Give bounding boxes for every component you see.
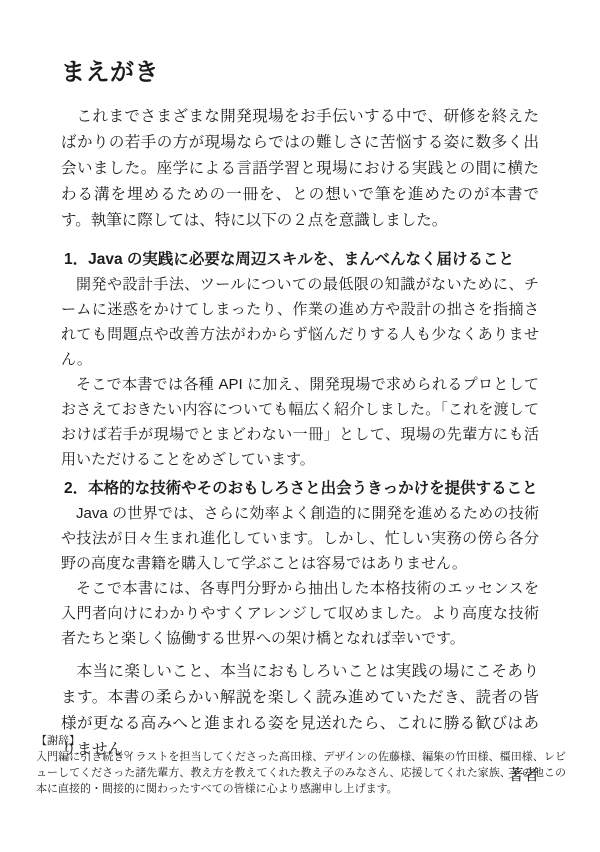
section-1-heading: 1．Java の実践に必要な周辺スキルを、まんべんなく届けること [61, 247, 539, 272]
acknowledgement-label: 【謝辞】 [36, 733, 566, 749]
acknowledgement-body: 入門編に引き続きイラストを担当してくださった高田様、デザインの佐藤様、編集の竹田… [36, 749, 566, 797]
preface-page: まえがき これまでさまざまな開発現場をお手伝いする中で、研修を終えたばかりの若手… [0, 0, 600, 852]
section-1-paragraph-2: そこで本書では各種 API に加え、開発現場で求められるプロとしておさえておきた… [61, 372, 539, 472]
page-title: まえがき [61, 58, 539, 87]
section-2-paragraph-1: Java の世界では、さらに効率よく創造的に開発を進めるための技術や技法が日々生… [61, 501, 539, 576]
acknowledgement-footnote: 【謝辞】 入門編に引き続きイラストを担当してくださった高田様、デザインの佐藤様、… [36, 733, 566, 797]
intro-paragraph: これまでさまざまな開発現場をお手伝いする中で、研修を終えたばかりの若手の方が現場… [61, 104, 539, 234]
section-1-paragraph-1: 開発や設計手法、ツールについての最低限の知識がないために、チームに迷惑をかけてし… [61, 272, 539, 372]
section-2-paragraph-2: そこで本書には、各専門分野から抽出した本格技術のエッセンスを入門者向けにわかりや… [61, 576, 539, 651]
page-content: まえがき これまでさまざまな開発現場をお手伝いする中で、研修を終えたばかりの若手… [0, 0, 600, 789]
section-2-heading: 2．本格的な技術やそのおもしろさと出会うきっかけを提供すること [61, 476, 539, 501]
